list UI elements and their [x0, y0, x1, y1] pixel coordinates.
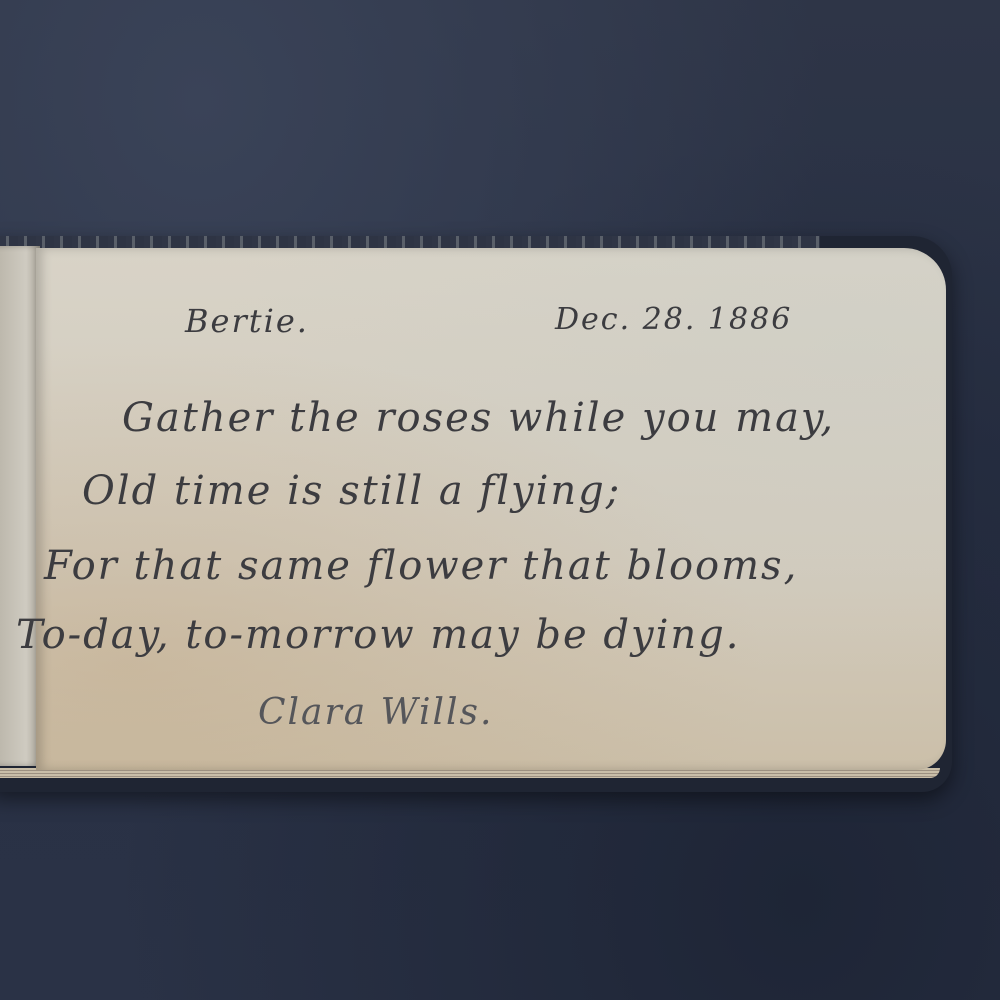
verse-line-2: Old time is still a flying; [82, 468, 621, 514]
verse-line-3: For that same flower that blooms, [44, 543, 798, 589]
entry-date: Dec. 28. 1886 [555, 302, 792, 337]
signature: Clara Wills. [258, 692, 493, 733]
verse-line-1: Gather the roses while you may, [122, 395, 835, 441]
recipient-name: Bertie. [185, 302, 309, 340]
left-page-edge [0, 246, 40, 766]
verse-line-4: To-day, to-morrow may be dying. [16, 612, 740, 658]
